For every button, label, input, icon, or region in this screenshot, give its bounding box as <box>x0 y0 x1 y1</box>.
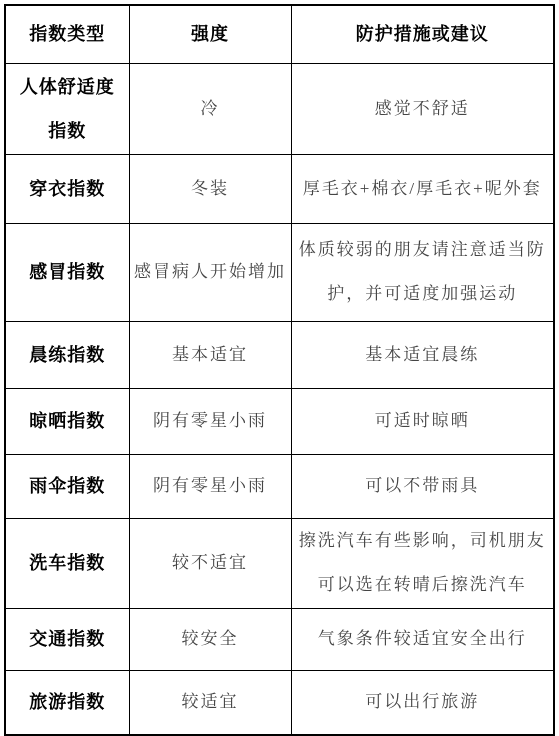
table-row: 感冒指数 感冒病人开始增加 体质较弱的朋友请注意适当防 护，并可适度加强运动 <box>5 223 554 321</box>
table-header-row: 指数类型 强度 防护措施或建议 <box>5 5 554 63</box>
header-index-type: 指数类型 <box>5 5 129 63</box>
header-advice: 防护措施或建议 <box>291 5 554 63</box>
table-row: 穿衣指数 冬装 厚毛衣+棉衣/厚毛衣+呢外套 <box>5 154 554 223</box>
table-row: 晾晒指数 阴有零星小雨 可适时晾晒 <box>5 388 554 454</box>
cell-strength: 阴有零星小雨 <box>129 388 291 454</box>
cell-index-type: 旅游指数 <box>5 670 129 735</box>
table-row: 旅游指数 较适宜 可以出行旅游 <box>5 670 554 735</box>
cell-advice: 可以出行旅游 <box>291 670 554 735</box>
cell-index-type: 雨伞指数 <box>5 454 129 518</box>
cell-index-type: 晾晒指数 <box>5 388 129 454</box>
cell-advice: 感觉不舒适 <box>291 63 554 154</box>
cell-advice: 可以不带雨具 <box>291 454 554 518</box>
cell-strength: 冷 <box>129 63 291 154</box>
table-row: 交通指数 较安全 气象条件较适宜安全出行 <box>5 608 554 670</box>
cell-advice: 基本适宜晨练 <box>291 321 554 388</box>
cell-index-type: 穿衣指数 <box>5 154 129 223</box>
table-row: 雨伞指数 阴有零星小雨 可以不带雨具 <box>5 454 554 518</box>
table-row: 洗车指数 较不适宜 擦洗汽车有些影响，司机朋友 可以选在转晴后擦洗汽车 <box>5 518 554 608</box>
header-strength: 强度 <box>129 5 291 63</box>
table-row: 晨练指数 基本适宜 基本适宜晨练 <box>5 321 554 388</box>
weather-index-table: 指数类型 强度 防护措施或建议 人体舒适度 指数 冷 感觉不舒适 穿衣指数 冬装… <box>4 4 555 736</box>
cell-advice: 擦洗汽车有些影响，司机朋友 可以选在转晴后擦洗汽车 <box>291 518 554 608</box>
cell-index-type: 人体舒适度 指数 <box>5 63 129 154</box>
table-row: 人体舒适度 指数 冷 感觉不舒适 <box>5 63 554 154</box>
cell-advice: 厚毛衣+棉衣/厚毛衣+呢外套 <box>291 154 554 223</box>
cell-advice: 可适时晾晒 <box>291 388 554 454</box>
cell-strength: 感冒病人开始增加 <box>129 223 291 321</box>
cell-strength: 冬装 <box>129 154 291 223</box>
cell-strength: 较安全 <box>129 608 291 670</box>
cell-advice: 气象条件较适宜安全出行 <box>291 608 554 670</box>
cell-index-type: 交通指数 <box>5 608 129 670</box>
cell-strength: 较适宜 <box>129 670 291 735</box>
cell-index-type: 洗车指数 <box>5 518 129 608</box>
cell-strength: 较不适宜 <box>129 518 291 608</box>
cell-index-type: 感冒指数 <box>5 223 129 321</box>
cell-strength: 阴有零星小雨 <box>129 454 291 518</box>
cell-advice: 体质较弱的朋友请注意适当防 护，并可适度加强运动 <box>291 223 554 321</box>
cell-index-type: 晨练指数 <box>5 321 129 388</box>
cell-strength: 基本适宜 <box>129 321 291 388</box>
